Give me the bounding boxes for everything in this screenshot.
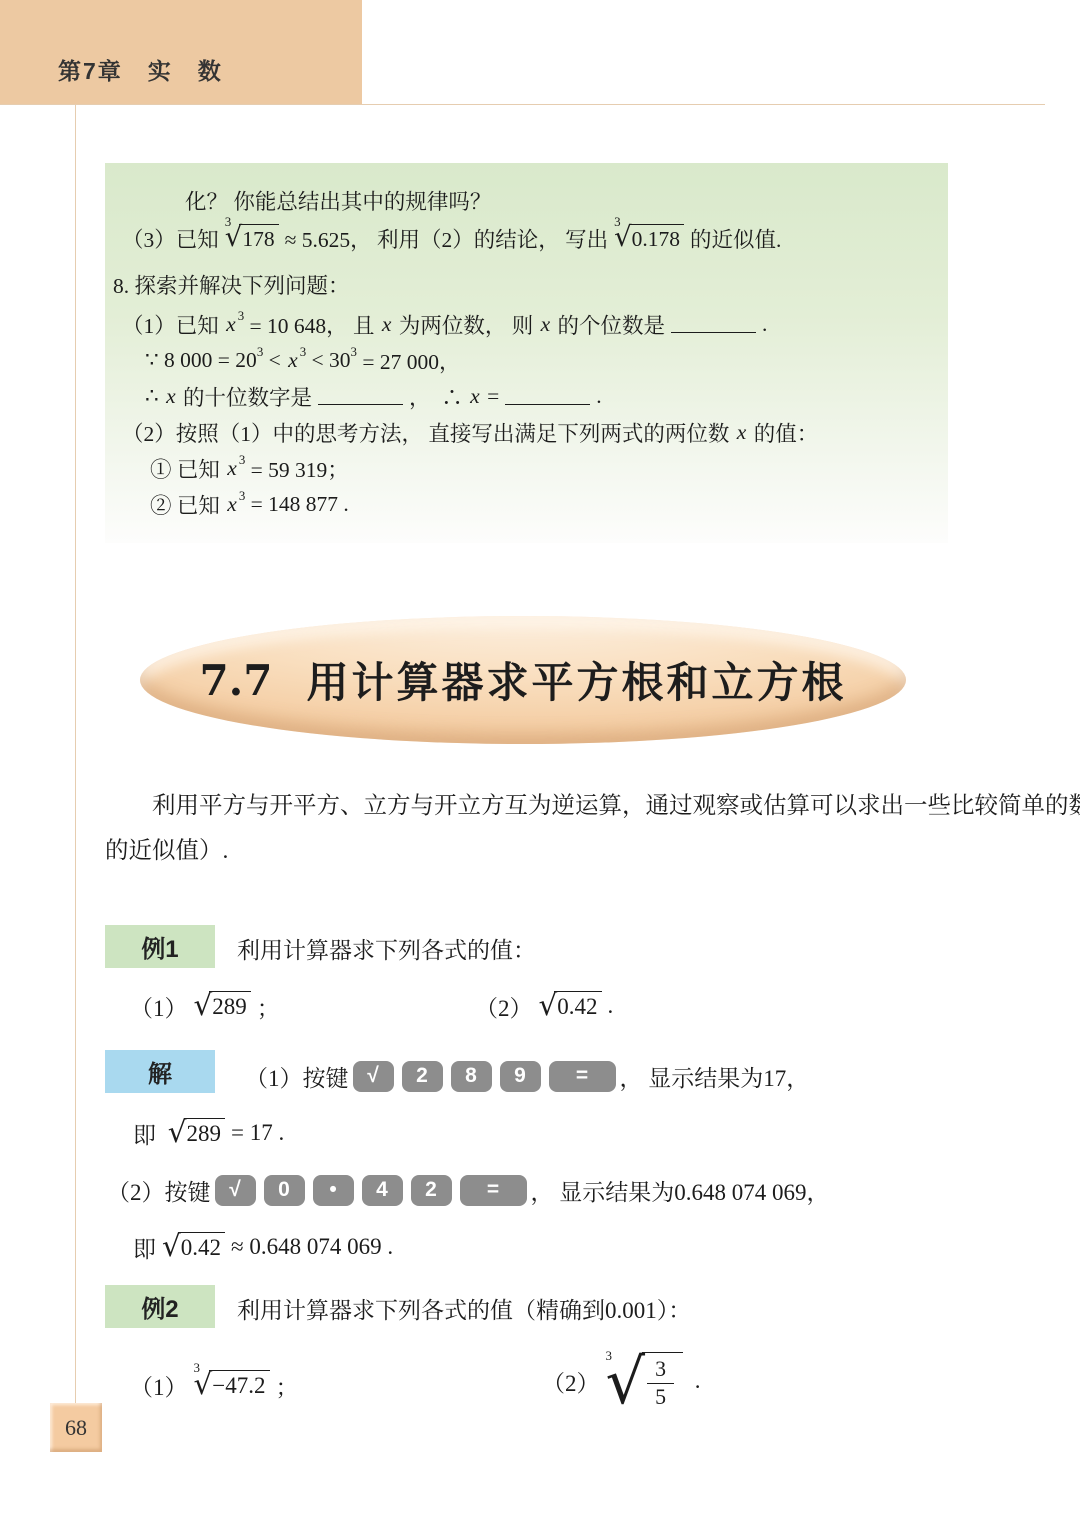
text-run: = [482, 384, 500, 409]
exercise-line: ∴ x 的十位数字是， ∴ x =. [145, 381, 602, 411]
text-run: . [689, 1368, 701, 1394]
text-run: 化？ 你能总结出其中的规律吗？ [185, 185, 491, 216]
text-run: ， 显示结果为0.648 074 069， [531, 1174, 830, 1207]
exercise-line: （3）已知3√178≈ 5.625， 利用（2）的结论， 写出3√0.178的近… [122, 223, 781, 253]
calculator-key: 0 [264, 1175, 305, 1206]
radicand: 35 [642, 1352, 683, 1410]
text-run: 的近似值. [690, 223, 781, 254]
example2-item-1: （1）3√−47.2； [130, 1367, 299, 1403]
text-run: 的值： [748, 417, 818, 448]
radical-sign: √ [614, 225, 632, 250]
example2-item-2: （2）3√35 . [542, 1348, 701, 1414]
text-run: ≈ 5.625， 利用（2）的结论， 写出 [285, 223, 609, 254]
text-run: = 27 000， [357, 345, 461, 376]
fraction-denominator: 5 [655, 1384, 666, 1410]
text-run: 即 [133, 1231, 156, 1264]
radical-sign: √ [168, 1119, 187, 1145]
radicand: 289 [184, 1118, 226, 1147]
text-run: （1） [130, 1369, 188, 1402]
calculator-key: 4 [362, 1175, 403, 1206]
text-run: （2） [475, 990, 533, 1023]
radical-sign: √ [606, 1353, 646, 1410]
text-run: = 17 . [231, 1120, 284, 1146]
text-run: ∵ 8 000 = 20 [145, 348, 257, 373]
text-run: ② 已知 [150, 489, 225, 520]
exercise-line: （1）已知 x3 = 10 648， 且 x 为两位数， 则 x 的个位数是. [122, 309, 767, 339]
example1-item-2: （2）√0.42. [475, 988, 613, 1024]
text-run: （1） [130, 990, 188, 1023]
page-number: 68 [65, 1415, 87, 1441]
text-run: < [263, 348, 286, 373]
text-run: （2）按照（1）中的思考方法， 直接写出满足下列两式的两位数 [122, 417, 735, 448]
calculator-key: 8 [451, 1061, 492, 1092]
solution-label: 解 [105, 1050, 215, 1093]
exercise-line: ② 已知 x3 = 148 877 . [150, 489, 349, 519]
example1-prompt: 利用计算器求下列各式的值： [237, 932, 536, 965]
radicand: 289 [209, 991, 251, 1020]
cube-root: 3√0.178 [614, 224, 684, 252]
text-run: 利用平方与开平方、立方与开立方互为逆运算，通过观察或估算可以求出一些比较简单的数… [152, 793, 1080, 819]
math-variable: x [224, 312, 238, 337]
calculator-key: 2 [402, 1061, 443, 1092]
chapter-header-band: 第7章 实 数 [0, 0, 362, 104]
radicand: 0.178 [629, 224, 684, 252]
text-run: （2） [542, 1365, 600, 1398]
text-run: ， ∴ [409, 381, 468, 412]
calculator-key: = [549, 1061, 616, 1092]
chapter-header-label: 第7章 实 数 [58, 53, 223, 86]
text-run: 为两位数， 则 [393, 309, 538, 340]
text-run: （1）已知 [122, 309, 224, 340]
solution-step-2: （2）按键√0•42=， 显示结果为0.648 074 069， [107, 1172, 830, 1208]
math-variable: x [286, 348, 300, 373]
radicand: 0.42 [178, 1232, 225, 1261]
square-root: √289 [168, 1118, 225, 1147]
margin-rule [75, 104, 76, 1403]
text-run: ① 已知 [150, 453, 225, 484]
calculator-key: √ [215, 1175, 256, 1206]
fraction-numerator: 3 [647, 1357, 674, 1384]
radical-sign: √ [225, 225, 243, 250]
exercise-line: 8. 探索并解决下列问题： [113, 269, 350, 299]
text-run: （3）已知 [122, 223, 219, 254]
text-run: 的近似值）. [105, 838, 228, 864]
solution-result-2: 即√0.42≈ 0.648 074 069 . [133, 1229, 393, 1265]
radical-sign: √ [194, 1371, 213, 1397]
example2-label: 例2 [105, 1285, 215, 1328]
text-run: ， 显示结果为17， [620, 1060, 810, 1093]
text-run: = 148 877 . [245, 492, 349, 517]
math-variable: x [225, 456, 239, 481]
intro-paragraph: 利用平方与开平方、立方与开立方互为逆运算，通过观察或估算可以求出一些比较简单的数… [105, 784, 961, 874]
math-variable: x [735, 420, 749, 445]
cube-root: 3√178 [225, 224, 279, 252]
text-run: = 10 648， 且 [244, 309, 380, 340]
solution-step-1: （1）按键√289=， 显示结果为17， [245, 1058, 809, 1094]
answer-blank [505, 381, 590, 405]
textbook-page: 第7章 实 数 化？ 你能总结出其中的规律吗？ （3）已知3√178≈ 5.62… [0, 0, 1080, 1528]
text-run: . [596, 384, 601, 409]
text-run: ； [276, 1369, 299, 1402]
square-root: √289 [194, 991, 251, 1020]
solution-result-1: 即 √289= 17 . [133, 1115, 284, 1151]
text-run: . [762, 312, 767, 337]
text-run: ； [257, 990, 280, 1023]
section-title: 用计算器求平方根和立方根 [307, 650, 847, 710]
text-run: = 59 319； [245, 453, 349, 484]
text-run: （2）按键 [107, 1174, 211, 1207]
calculator-key: • [313, 1175, 354, 1206]
calculator-key: 2 [411, 1175, 452, 1206]
header-rule [0, 104, 1045, 105]
text-run: . [608, 993, 614, 1019]
radicand: −47.2 [209, 1370, 269, 1399]
text-run: ∴ [145, 384, 164, 409]
example1-item-1: （1）√289； [130, 988, 280, 1024]
cube-root: 3√35 [606, 1352, 684, 1410]
calculator-key: 9 [500, 1061, 541, 1092]
page-number-box: 68 [50, 1403, 102, 1452]
example2-prompt: 利用计算器求下列各式的值（精确到0.001）： [237, 1292, 691, 1325]
exercise-box: 化？ 你能总结出其中的规律吗？ （3）已知3√178≈ 5.625， 利用（2）… [105, 163, 948, 543]
exercise-line: ① 已知 x3 = 59 319； [150, 453, 349, 483]
math-variable: x [164, 384, 178, 409]
math-variable: x [225, 492, 239, 517]
exercise-line: 化？ 你能总结出其中的规律吗？ [185, 185, 491, 215]
exercise-line: ∵ 8 000 = 203 < x3 < 303 = 27 000， [145, 345, 461, 375]
exercise-line: （2）按照（1）中的思考方法， 直接写出满足下列两式的两位数 x 的值： [122, 417, 818, 447]
example1-label: 例1 [105, 925, 215, 968]
text-run: 即 [133, 1117, 162, 1150]
text-run: 的十位数字是 [178, 381, 312, 412]
calculator-key: = [460, 1175, 527, 1206]
text-run: < 30 [306, 348, 350, 373]
cube-root: 3√−47.2 [194, 1370, 270, 1399]
text-run: ≈ 0.648 074 069 . [231, 1234, 393, 1260]
section-title-banner: 7.7 用计算器求平方根和立方根 [140, 616, 906, 744]
calculator-key: √ [353, 1061, 394, 1092]
section-number: 7.7 [199, 656, 272, 705]
answer-blank [671, 309, 756, 333]
math-variable: x [539, 312, 553, 337]
math-variable: x [380, 312, 394, 337]
radicand: 0.42 [554, 991, 601, 1020]
text-run: （1）按键 [245, 1060, 349, 1093]
square-root: √0.42 [162, 1232, 225, 1261]
math-variable: x [468, 384, 482, 409]
answer-blank [318, 381, 403, 405]
radical-sign: √ [539, 992, 558, 1018]
text-run: 8. 探索并解决下列问题： [113, 269, 350, 300]
radical-sign: √ [194, 992, 213, 1018]
square-root: √0.42 [539, 991, 602, 1020]
radical-sign: √ [162, 1233, 181, 1259]
radicand: 178 [239, 224, 278, 252]
fraction: 35 [647, 1357, 674, 1410]
text-run: 的个位数是 [552, 309, 665, 340]
